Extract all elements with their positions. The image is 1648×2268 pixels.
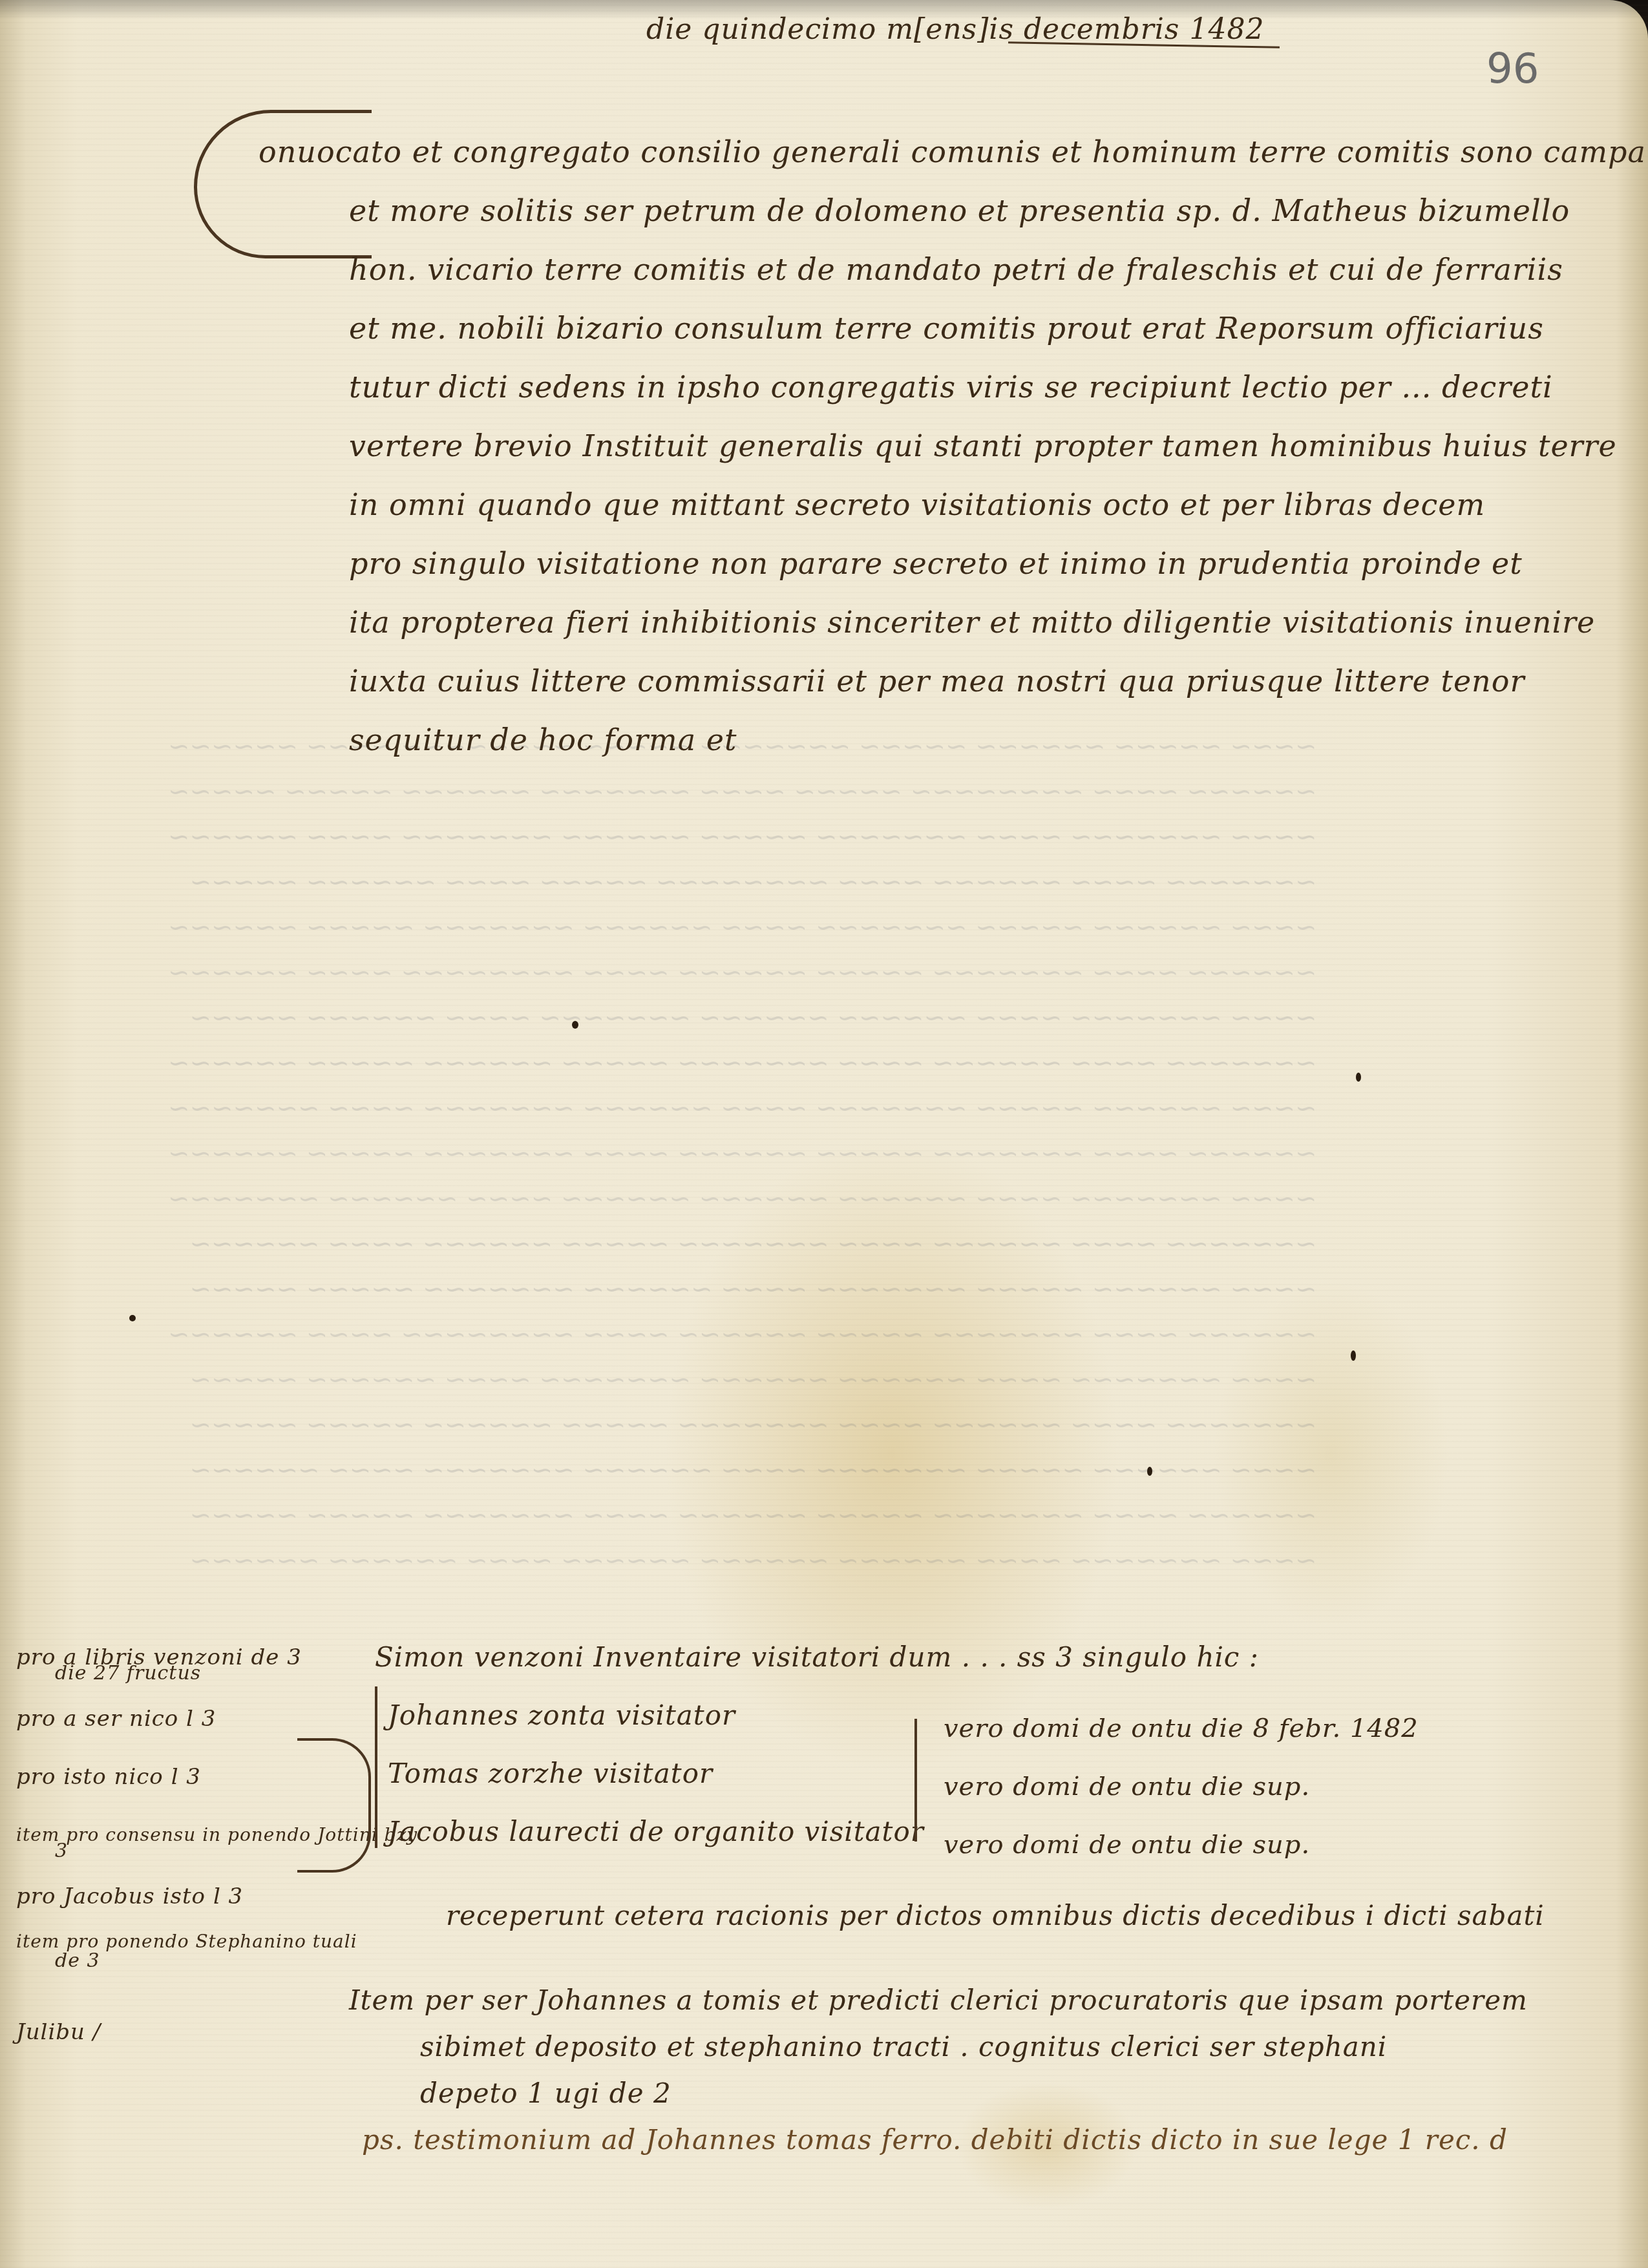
main-entry-line: sequitur de hoc forma et [259, 711, 1648, 770]
main-entry-line: et more solitis ser petrum de dolomeno e… [259, 182, 1648, 240]
closing-line: ps. testimonium ad Johannes tomas ferro.… [349, 2117, 1528, 2163]
main-entry-line: ita propterea fieri inhibitionis sinceri… [259, 593, 1648, 652]
closing-line: Item per ser Johannes a tomis et predict… [349, 1977, 1528, 2024]
record-right-line: vero domi de ontu die sup. [944, 1758, 1419, 1816]
main-entry-line: onuocato et congregato consilio generali… [259, 123, 1648, 182]
main-entry-line: iuxta cuius littere commissarii et per m… [259, 652, 1648, 711]
closing-notes: Item per ser Johannes a tomis et predict… [349, 1977, 1528, 2163]
closing-line: sibimet deposito et stephanino tracti . … [349, 2024, 1528, 2070]
record-right-line: vero domi de ontu die 8 febr. 1482 [944, 1699, 1419, 1758]
record-right-bracket [914, 1719, 917, 1842]
main-entry-line: vertere brevio Instituit generalis qui s… [259, 417, 1648, 476]
folio-number: 96 [1486, 45, 1539, 93]
record-line: Simon venzoni Inventaire visitatori dum … [375, 1628, 1545, 1686]
ink-spot [1356, 1073, 1361, 1082]
margin-brace [297, 1738, 371, 1873]
record-right-line: vero domi de ontu die sup. [944, 1816, 1419, 1874]
main-entry-line: in omni quando que mittant secreto visit… [259, 476, 1648, 534]
date-header: die quindecimo m[ens]is decembris 1482 [646, 13, 1264, 46]
main-entry-line: tutur dicti sedens in ipsho congregatis … [259, 358, 1648, 417]
closing-line: depeto 1 ugi de 2 [349, 2070, 1528, 2117]
record-right-entries: vero domi de ontu die 8 febr. 1482 vero … [944, 1699, 1419, 1874]
manuscript-page: ~~~~ ~~~~~ ~~~~~~ ~~~~~ ~~~~~~~ ~~~~~ ~~… [0, 0, 1648, 2268]
ink-spot [572, 1021, 578, 1029]
show-through-text: ~~~~ ~~~~~ ~~~~~~ ~~~~~ ~~~~~~~ ~~~~~ ~~… [168, 678, 1317, 1583]
margin-note: pro a ser nico l 3 [16, 1690, 417, 1748]
main-entry-line: et me. nobili bizario consulum terre com… [259, 299, 1648, 358]
main-entry-line: hon. vicario terre comitis et de mandato… [259, 240, 1648, 299]
main-entry: onuocato et congregato consilio generali… [259, 123, 1648, 770]
ink-spot [1147, 1467, 1152, 1476]
main-entry-line: pro singulo visitatione non parare secre… [259, 534, 1648, 593]
ink-spot [129, 1315, 136, 1321]
ink-spot [1351, 1350, 1356, 1361]
record-line: receperunt cetera racionis per dictos om… [375, 1887, 1545, 1945]
